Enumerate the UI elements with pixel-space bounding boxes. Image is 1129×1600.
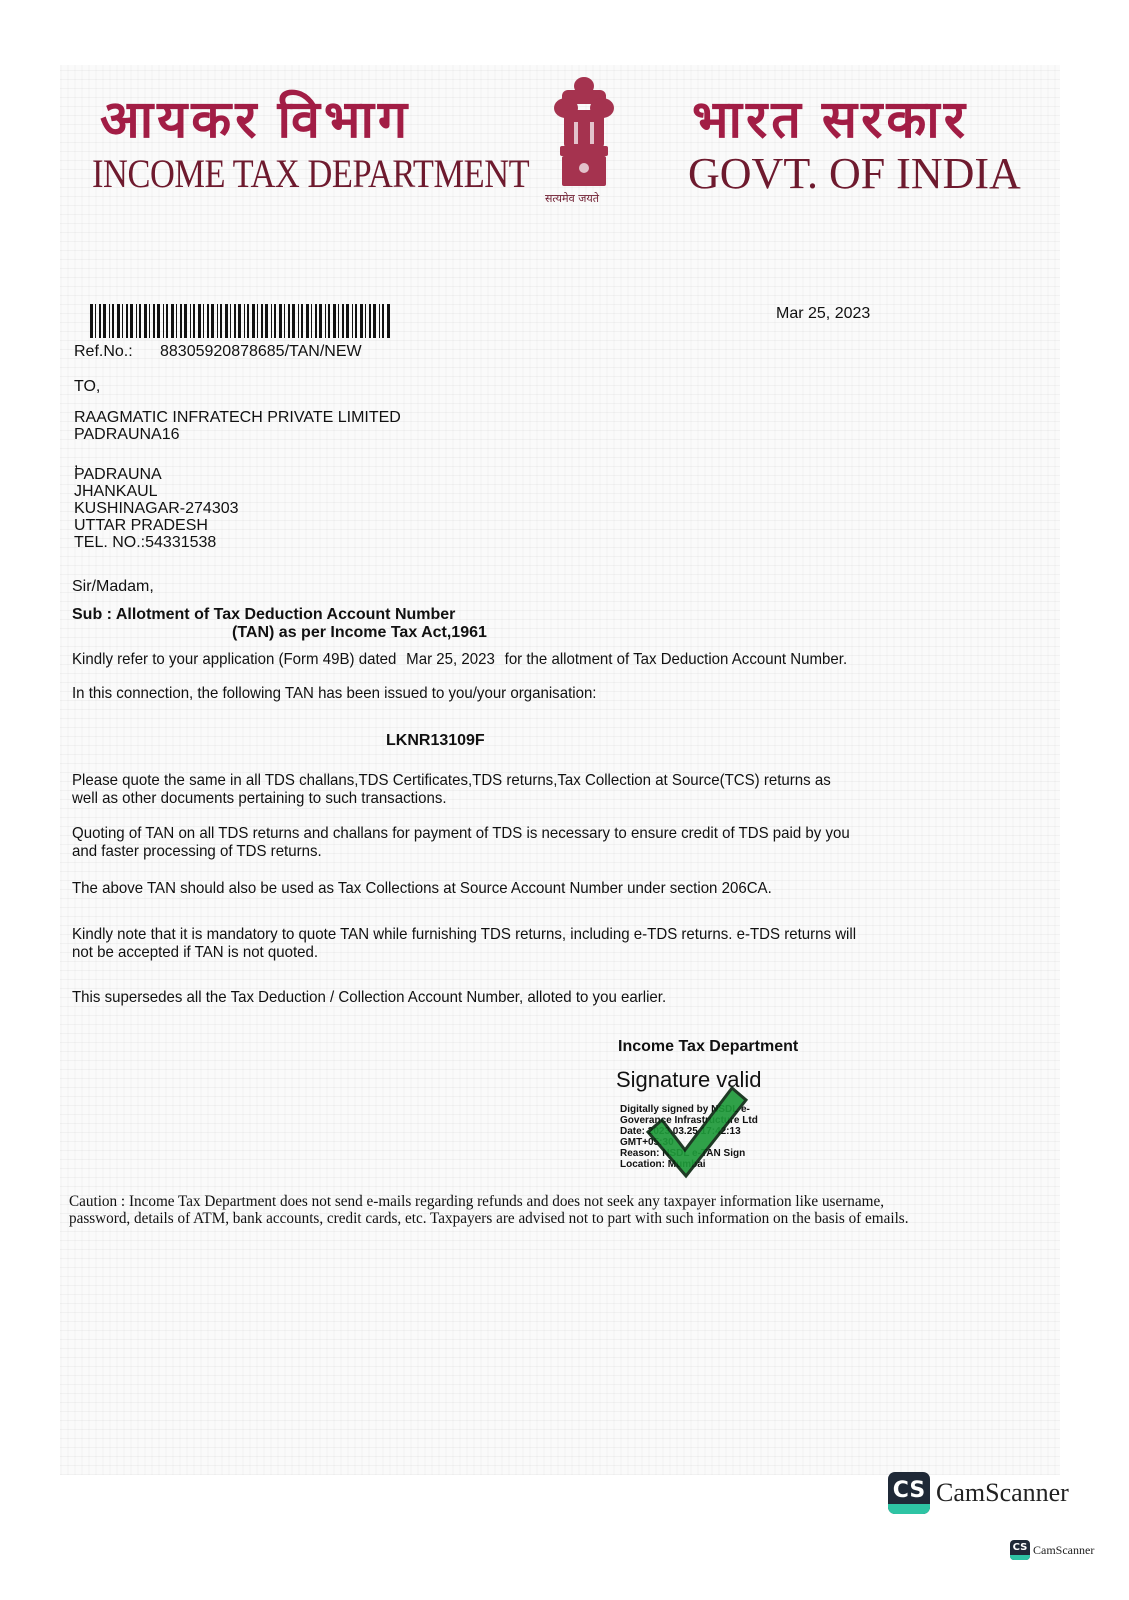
camscanner-watermark-small: CS CamScanner <box>1010 1540 1094 1560</box>
ref-label: Ref.No.: <box>74 343 160 361</box>
camscanner-watermark: CS CamScanner <box>888 1472 1069 1514</box>
govt-name-hindi: भारत सरकार <box>692 82 969 153</box>
para-mandatory-line-1: Kindly note that it is mandatory to quot… <box>72 926 856 944</box>
caution-notice: Caution : Income Tax Department does not… <box>69 1193 909 1227</box>
govt-name-english: GOVT. OF INDIA <box>688 148 1021 199</box>
para-refer-suffix: for the allotment of Tax Deduction Accou… <box>505 651 847 668</box>
para-refer-date: Mar 25, 2023 <box>406 651 495 668</box>
address-line: TEL. NO.:54331538 <box>74 534 401 551</box>
document-page <box>60 65 1060 1475</box>
camscanner-logo-icon: CS <box>888 1472 930 1514</box>
address-line: KUSHINAGAR-274303 <box>74 500 401 517</box>
dept-name-hindi: आयकर विभाग <box>100 82 411 153</box>
camscanner-logo-small-icon: CS <box>1010 1540 1030 1560</box>
signatory-department: Income Tax Department <box>618 1038 798 1056</box>
address-line: PADRAUNA <box>74 466 401 483</box>
letter-date: Mar 25, 2023 <box>776 305 870 323</box>
para-application-reference: Kindly refer to your application (Form 4… <box>72 651 847 669</box>
para-quoting-line-2: and faster processing of TDS returns. <box>72 843 850 861</box>
recipient-address: TO, RAAGMATIC INFRATECH PRIVATE LIMITEDP… <box>74 378 401 551</box>
para-refer-prefix: Kindly refer to your application (Form 4… <box>72 651 396 668</box>
address-line: RAAGMATIC INFRATECH PRIVATE LIMITED <box>74 409 401 426</box>
address-line: PADRAUNA16 <box>74 426 401 443</box>
para-quote-line-2: well as other documents pertaining to su… <box>72 790 831 808</box>
tan-number: LKNR13109F <box>386 732 485 750</box>
para-mandatory: Kindly note that it is mandatory to quot… <box>72 926 856 962</box>
subject-line-1: Sub : Allotment of Tax Deduction Account… <box>72 606 487 624</box>
dept-name-english: INCOME TAX DEPARTMENT <box>92 150 529 197</box>
salutation: Sir/Madam, <box>72 578 154 596</box>
subject-line-2: (TAN) as per Income Tax Act,1961 <box>72 624 487 642</box>
para-quoting-line-1: Quoting of TAN on all TDS returns and ch… <box>72 825 850 843</box>
para-quoting: Quoting of TAN on all TDS returns and ch… <box>72 825 850 861</box>
camscanner-name: CamScanner <box>936 1478 1069 1508</box>
address-line: UTTAR PRADESH <box>74 517 401 534</box>
subject: Sub : Allotment of Tax Deduction Account… <box>72 606 487 642</box>
address-line: JHANKAUL <box>74 483 401 500</box>
caution-line-2: password, details of ATM, bank accounts,… <box>69 1210 909 1227</box>
reference-number: Ref.No.:88305920878685/TAN/NEW <box>74 343 362 361</box>
caution-line-1: Caution : Income Tax Department does not… <box>69 1193 909 1210</box>
para-quote-line-1: Please quote the same in all TDS challan… <box>72 772 831 790</box>
to-label: TO, <box>74 378 401 395</box>
national-emblem-icon <box>548 72 620 207</box>
para-supersedes: This supersedes all the Tax Deduction / … <box>72 989 666 1007</box>
emblem-motto: सत्यमेव जयते <box>545 191 599 206</box>
para-quote: Please quote the same in all TDS challan… <box>72 772 831 808</box>
barcode-icon <box>90 304 390 338</box>
camscanner-name-small: CamScanner <box>1033 1543 1094 1558</box>
para-connection: In this connection, the following TAN ha… <box>72 685 596 703</box>
address-line <box>74 443 401 460</box>
ref-value: 88305920878685/TAN/NEW <box>160 343 362 360</box>
address-lines: RAAGMATIC INFRATECH PRIVATE LIMITEDPADRA… <box>74 409 401 551</box>
green-checkmark-icon <box>640 1080 750 1180</box>
para-tcs: The above TAN should also be used as Tax… <box>72 880 772 898</box>
para-mandatory-line-2: not be accepted if TAN is not quoted. <box>72 944 856 962</box>
